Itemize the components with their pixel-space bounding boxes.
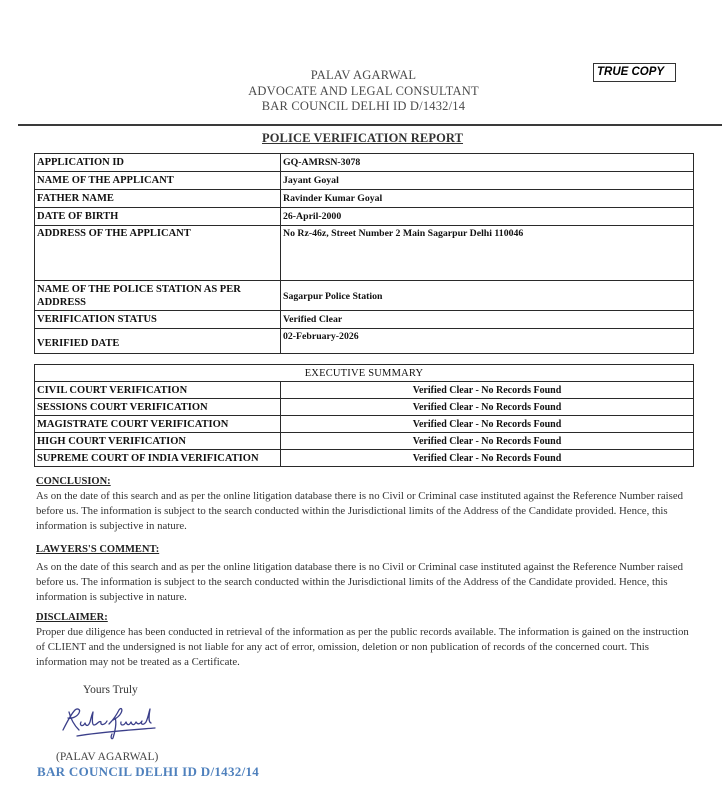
signee-name: (PALAV AGARWAL) <box>56 751 158 763</box>
letterhead-bar-id: BAR COUNCIL DELHI ID D/1432/14 <box>2 99 725 115</box>
table-row: VERIFICATION STATUS Verified Clear <box>35 311 694 329</box>
row-value: Jayant Goyal <box>281 172 694 190</box>
table-row: DATE OF BIRTH 26-April-2000 <box>35 208 694 226</box>
summary-title: EXECUTIVE SUMMARY <box>35 365 694 382</box>
closing-text: Yours Truly <box>83 684 138 696</box>
advocate-designation: ADVOCATE AND LEGAL CONSULTANT <box>2 84 725 100</box>
conclusion-heading: CONCLUSION: <box>36 475 692 488</box>
executive-summary-table: EXECUTIVE SUMMARY CIVIL COURT VERIFICATI… <box>34 364 694 467</box>
row-value: 26-April-2000 <box>281 208 694 226</box>
signature-icon <box>55 700 165 745</box>
row-value: Sagarpur Police Station <box>281 281 694 311</box>
applicant-details-table: APPLICATION ID GQ-AMRSN-3078 NAME OF THE… <box>34 153 694 354</box>
row-value: No Rz-46z, Street Number 2 Main Sagarpur… <box>281 226 694 281</box>
row-value: 02-February-2026 <box>281 329 694 354</box>
table-row: SESSIONS COURT VERIFICATION Verified Cle… <box>35 399 694 416</box>
lawyers-comment-text: As on the date of this search and as per… <box>36 560 692 605</box>
row-value: Ravinder Kumar Goyal <box>281 190 694 208</box>
row-label: SUPREME COURT OF INDIA VERIFICATION <box>35 450 281 467</box>
row-value: Verified Clear - No Records Found <box>281 433 694 450</box>
table-row: NAME OF THE APPLICANT Jayant Goyal <box>35 172 694 190</box>
header-divider <box>18 124 722 126</box>
lawyers-comment-heading: LAWYERS'S COMMENT: <box>36 543 692 556</box>
report-title: POLICE VERIFICATION REPORT <box>0 131 725 146</box>
row-label: MAGISTRATE COURT VERIFICATION <box>35 416 281 433</box>
row-value: Verified Clear - No Records Found <box>281 450 694 467</box>
row-label: FATHER NAME <box>35 190 281 208</box>
row-label: SESSIONS COURT VERIFICATION <box>35 399 281 416</box>
disclaimer-section: DISCLAIMER: Proper due diligence has bee… <box>36 611 692 670</box>
row-label: CIVIL COURT VERIFICATION <box>35 382 281 399</box>
row-value: Verified Clear - No Records Found <box>281 399 694 416</box>
row-label: VERIFICATION STATUS <box>35 311 281 329</box>
table-row: NAME OF THE POLICE STATION AS PER ADDRES… <box>35 281 694 311</box>
summary-header-row: EXECUTIVE SUMMARY <box>35 365 694 382</box>
table-row: VERIFIED DATE 02-February-2026 <box>35 329 694 354</box>
table-row: SUPREME COURT OF INDIA VERIFICATION Veri… <box>35 450 694 467</box>
row-label: NAME OF THE POLICE STATION AS PER ADDRES… <box>35 281 281 311</box>
row-label: ADDRESS OF THE APPLICANT <box>35 226 281 281</box>
signee-bar-id: BAR COUNCIL DELHI ID D/1432/14 <box>37 764 259 780</box>
row-label: NAME OF THE APPLICANT <box>35 172 281 190</box>
row-label: APPLICATION ID <box>35 154 281 172</box>
table-row: APPLICATION ID GQ-AMRSN-3078 <box>35 154 694 172</box>
row-label: VERIFIED DATE <box>35 329 281 354</box>
table-row: ADDRESS OF THE APPLICANT No Rz-46z, Stre… <box>35 226 694 281</box>
table-row: FATHER NAME Ravinder Kumar Goyal <box>35 190 694 208</box>
table-row: MAGISTRATE COURT VERIFICATION Verified C… <box>35 416 694 433</box>
conclusion-section: CONCLUSION: As on the date of this searc… <box>36 475 692 534</box>
disclaimer-heading: DISCLAIMER: <box>36 611 692 624</box>
row-value: Verified Clear - No Records Found <box>281 382 694 399</box>
row-value: Verified Clear <box>281 311 694 329</box>
conclusion-text: As on the date of this search and as per… <box>36 489 692 534</box>
lawyers-comment-section: LAWYERS'S COMMENT: As on the date of thi… <box>36 543 692 605</box>
row-label: DATE OF BIRTH <box>35 208 281 226</box>
true-copy-stamp: TRUE COPY <box>593 63 676 82</box>
table-row: CIVIL COURT VERIFICATION Verified Clear … <box>35 382 694 399</box>
row-value: GQ-AMRSN-3078 <box>281 154 694 172</box>
row-label: HIGH COURT VERIFICATION <box>35 433 281 450</box>
row-value: Verified Clear - No Records Found <box>281 416 694 433</box>
disclaimer-text: Proper due diligence has been conducted … <box>36 625 692 670</box>
table-row: HIGH COURT VERIFICATION Verified Clear -… <box>35 433 694 450</box>
